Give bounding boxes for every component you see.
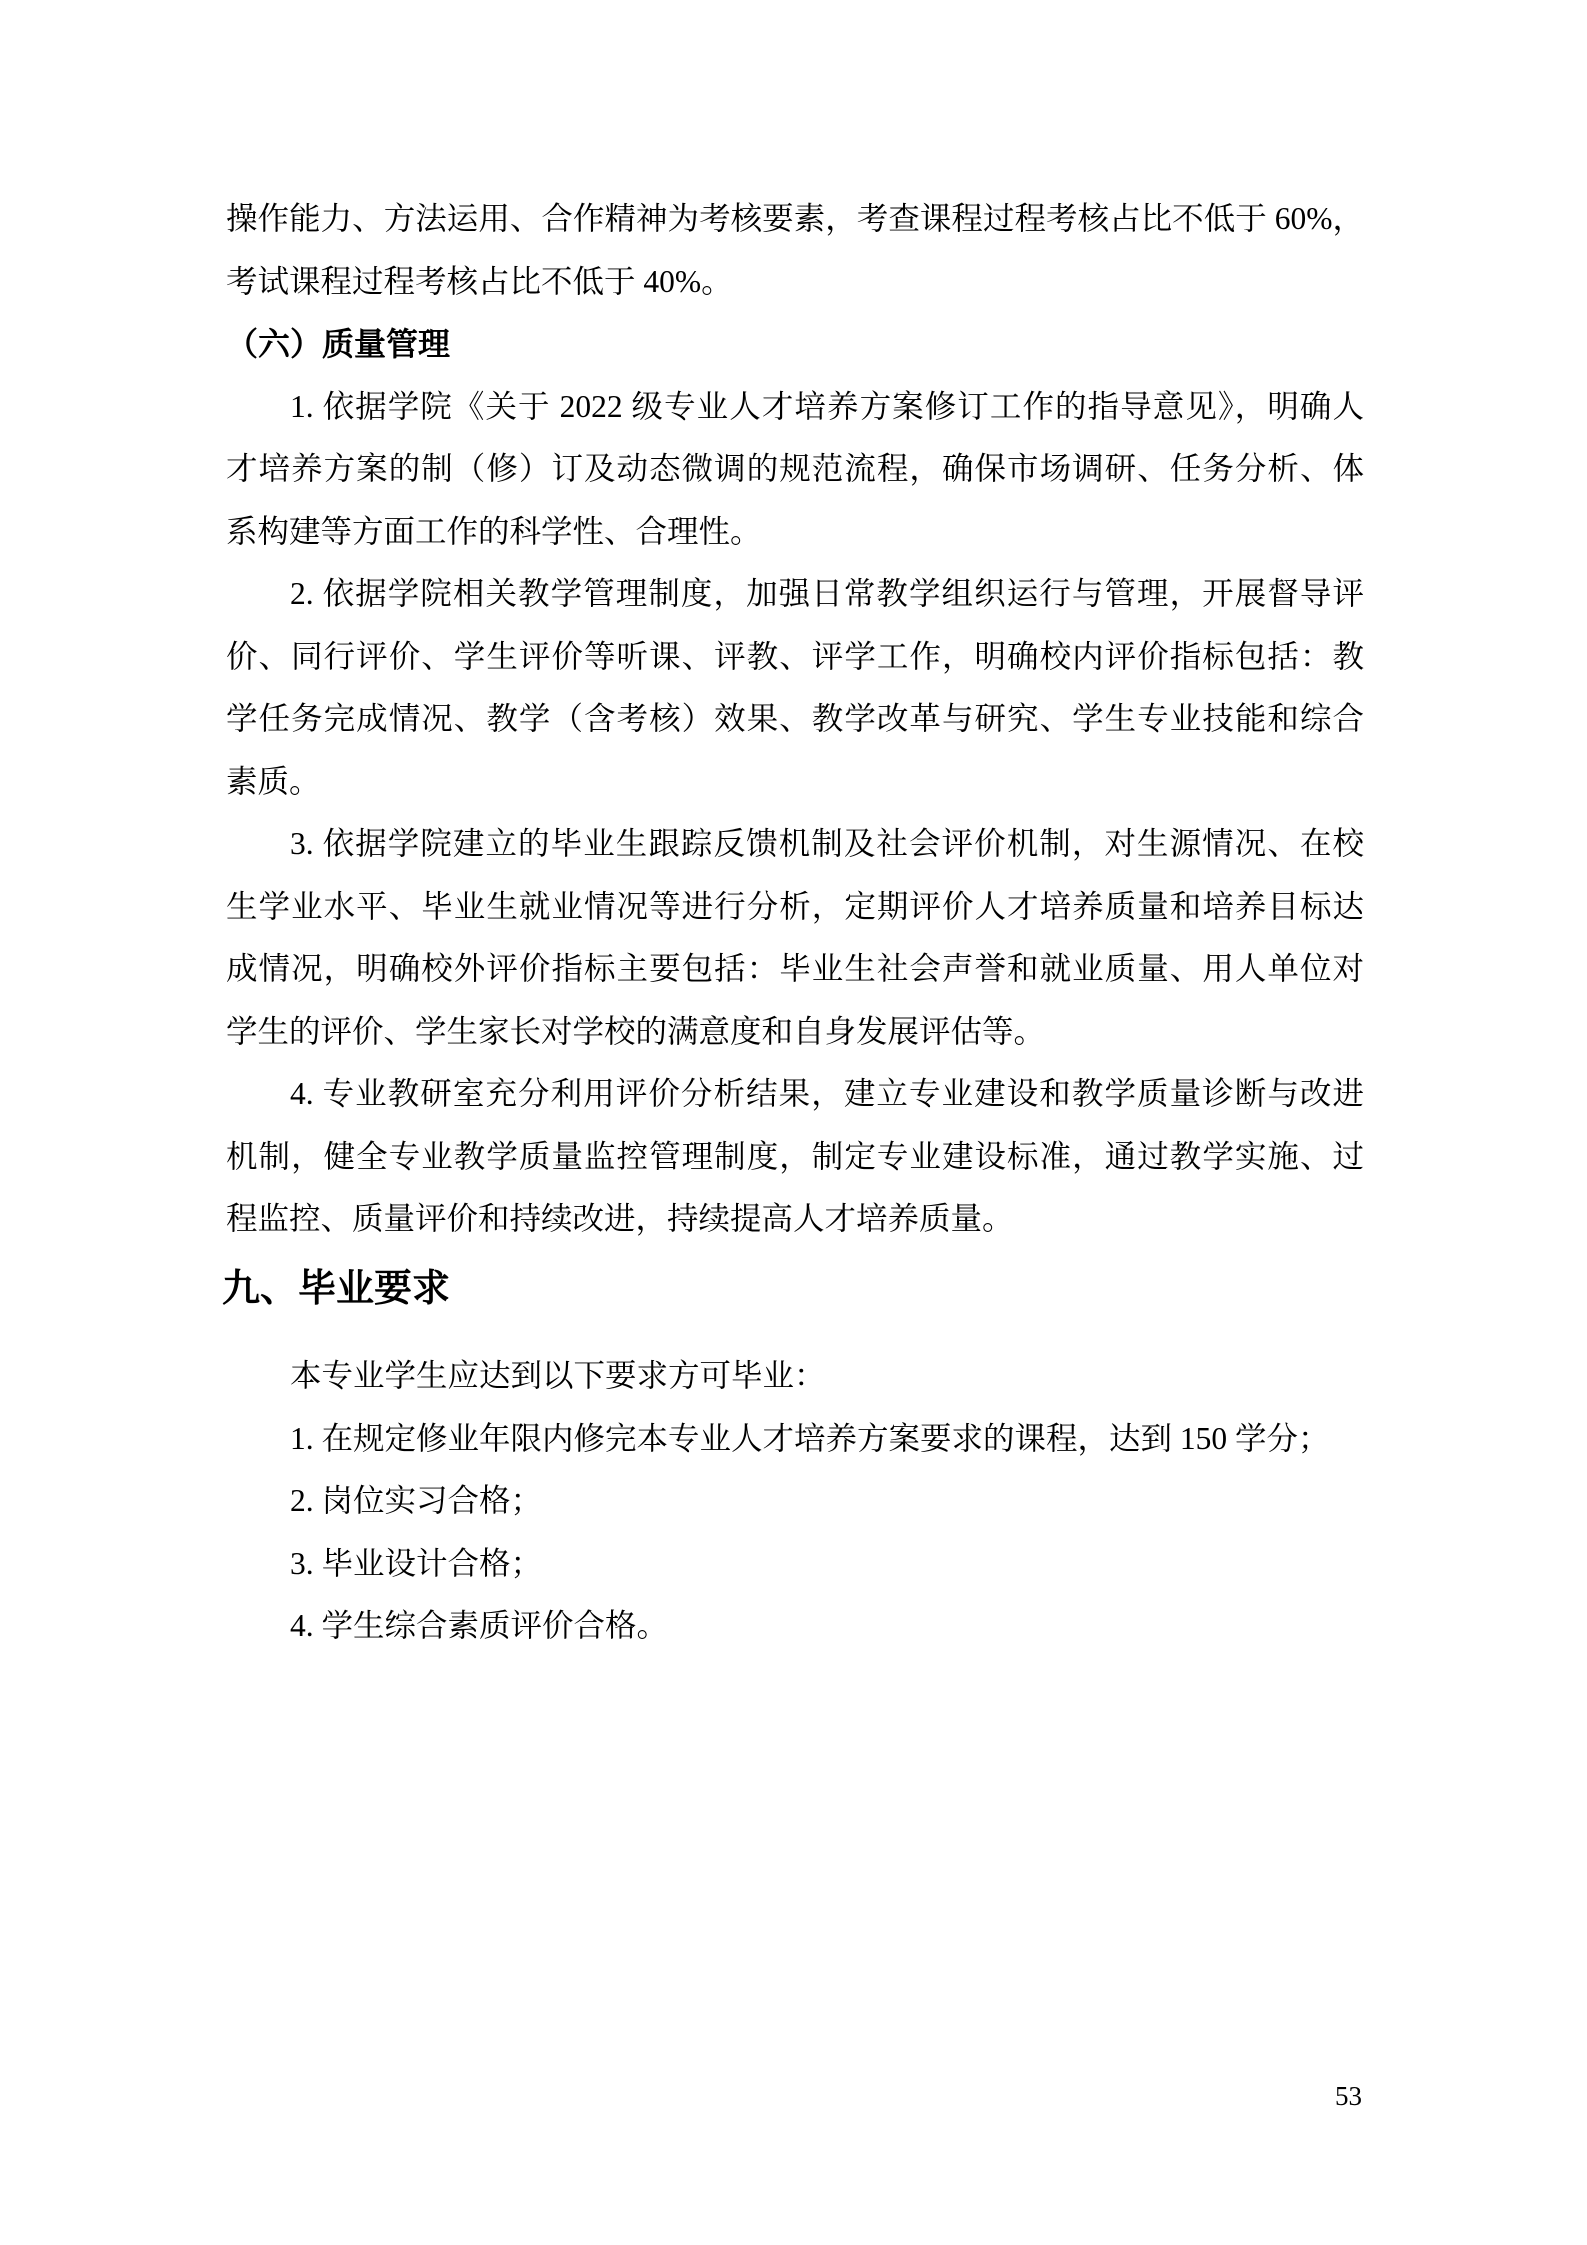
- body-line: 学生的评价、学生家长对学校的满意度和自身发展评估等。: [226, 1012, 1364, 1052]
- body-line: 系构建等方面工作的科学性、合理性。: [226, 512, 1364, 552]
- body-line: 成情况，明确校外评价指标主要包括：毕业生社会声誉和就业质量、用人单位对: [226, 949, 1364, 989]
- body-line: 程监控、质量评价和持续改进，持续提高人才培养质量。: [226, 1199, 1364, 1239]
- body-line: 机制，健全专业教学质量监控管理制度，制定专业建设标准，通过教学实施、过: [226, 1137, 1364, 1177]
- body-line: 2. 依据学院相关教学管理制度，加强日常教学组织运行与管理，开展督导评: [226, 574, 1364, 614]
- section-heading-quality-management: （六）质量管理: [226, 324, 1364, 364]
- chapter-heading-graduation-requirements: 九、毕业要求: [222, 1266, 1360, 1312]
- body-line: 操作能力、方法运用、合作精神为考核要素，考查课程过程考核占比不低于 60%，: [226, 199, 1364, 239]
- requirement-item: 2. 岗位实习合格；: [226, 1481, 1364, 1521]
- body-line: 价、同行评价、学生评价等听课、评教、评学工作，明确校内评价指标包括：教: [226, 637, 1364, 677]
- body-line: 才培养方案的制（修）订及动态微调的规范流程，确保市场调研、任务分析、体: [226, 449, 1364, 489]
- body-line: 生学业水平、毕业生就业情况等进行分析，定期评价人才培养质量和培养目标达: [226, 887, 1364, 927]
- requirement-item: 3. 毕业设计合格；: [226, 1544, 1364, 1584]
- body-line: 学任务完成情况、教学（含考核）效果、教学改革与研究、学生专业技能和综合: [226, 699, 1364, 739]
- body-line: 考试课程过程考核占比不低于 40%。: [226, 262, 1364, 302]
- body-line: 3. 依据学院建立的毕业生跟踪反馈机制及社会评价机制，对生源情况、在校: [226, 824, 1364, 864]
- body-line: 1. 依据学院《关于 2022 级专业人才培养方案修订工作的指导意见》，明确人: [226, 387, 1364, 427]
- page-number: 53: [1226, 2081, 1362, 2111]
- body-line: 4. 专业教研室充分利用评价分析结果，建立专业建设和教学质量诊断与改进: [226, 1074, 1364, 1114]
- requirement-item: 4. 学生综合素质评价合格。: [226, 1606, 1364, 1646]
- document-page: 操作能力、方法运用、合作精神为考核要素，考查课程过程考核占比不低于 60%， 考…: [0, 0, 1587, 2245]
- graduation-intro-line: 本专业学生应达到以下要求方可毕业：: [226, 1356, 1364, 1396]
- requirement-item: 1. 在规定修业年限内修完本专业人才培养方案要求的课程，达到 150 学分；: [226, 1419, 1364, 1459]
- body-line: 素质。: [226, 762, 1364, 802]
